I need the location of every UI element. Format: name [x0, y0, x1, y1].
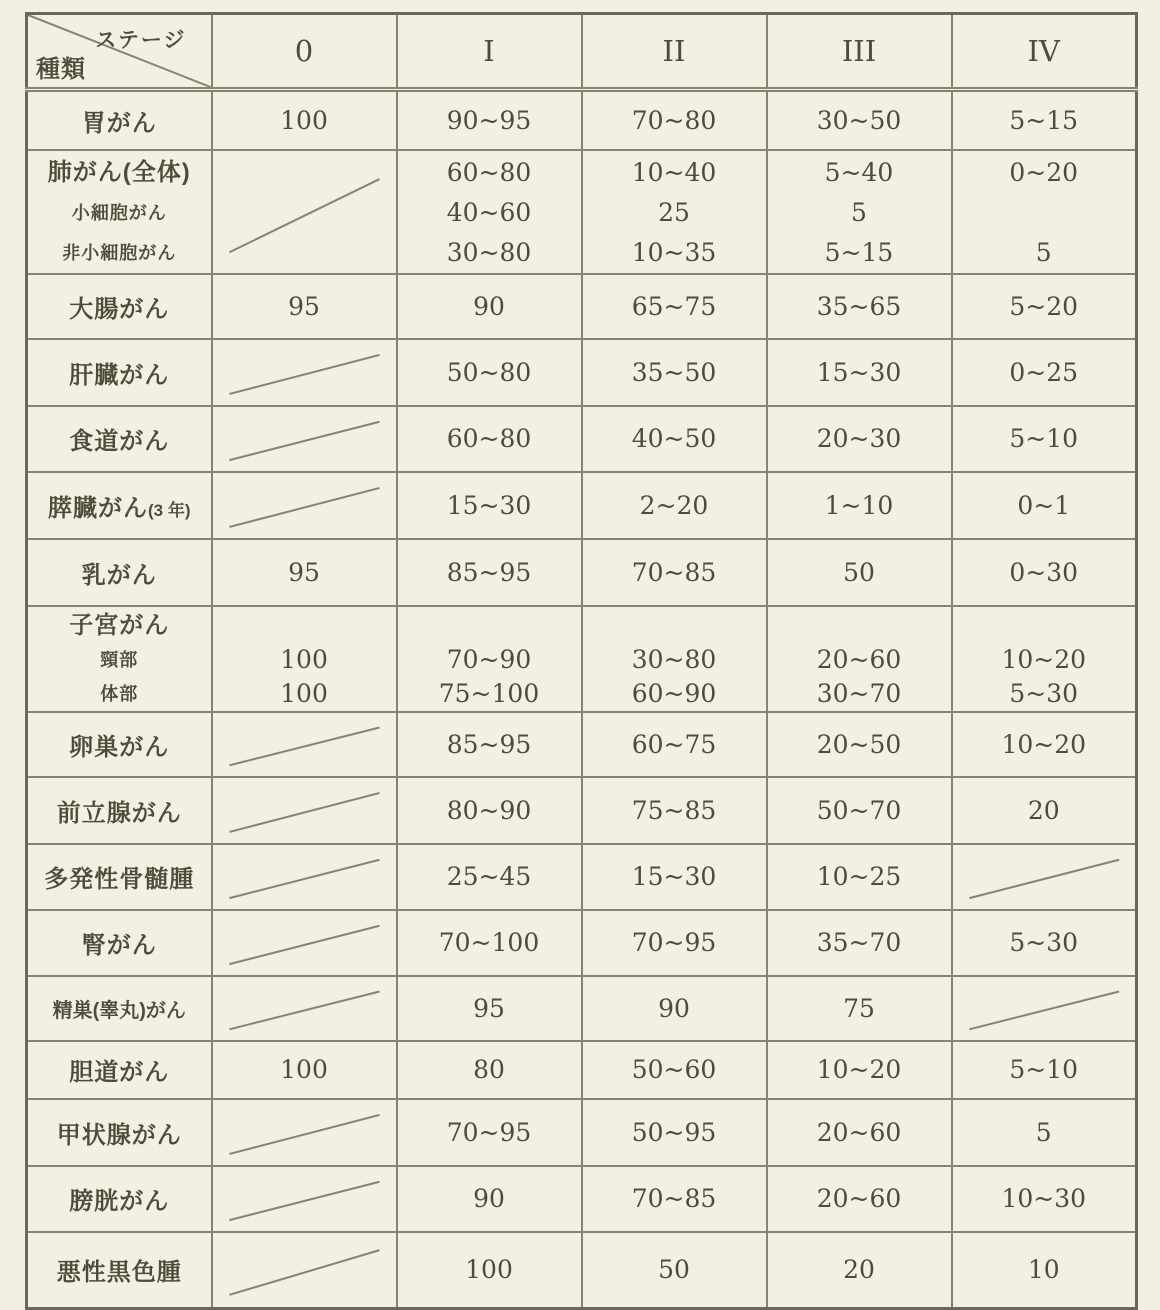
row-label-text: 精巣(睾丸)がん: [53, 1000, 186, 1022]
value-line: [768, 609, 951, 643]
diagonal-slash-icon: [213, 778, 396, 843]
diagonal-slash-icon: [213, 845, 396, 909]
table-row: 子宮がん頸部体部 100100 70~9075~100 30~8060~90 2…: [27, 606, 1137, 712]
value-cell: 5: [952, 1099, 1137, 1166]
value: 35~65: [768, 292, 951, 321]
empty-cell-diagonal: [212, 844, 397, 910]
value: 40~50: [583, 424, 766, 453]
row-label-cell: 大腸がん: [27, 274, 212, 339]
empty-cell-diagonal: [212, 150, 397, 274]
value-cell: 95: [212, 274, 397, 339]
empty-cell-diagonal: [952, 976, 1137, 1041]
value-line: 5: [768, 193, 951, 233]
value: 60~75: [583, 730, 766, 759]
row-label: 膀胱がん: [28, 1181, 211, 1216]
value-line: [213, 609, 396, 643]
value-cell: 90~95: [397, 90, 582, 150]
value: 90: [398, 292, 581, 321]
value-cell: 20~50: [767, 712, 952, 777]
value-cell: 75~85: [582, 777, 767, 844]
value: 5~10: [953, 424, 1136, 453]
corner-header-cell: ステージ 種類: [27, 14, 212, 90]
value-cell: 50~80: [397, 339, 582, 406]
value-line: [953, 609, 1136, 643]
value: 50: [583, 1255, 766, 1284]
stage-header-i: I: [397, 14, 582, 90]
value-cell: 70~9075~100: [397, 606, 582, 712]
row-label: 肺がん(全体): [28, 153, 211, 193]
value-cell: 70~85: [582, 539, 767, 606]
empty-cell-diagonal: [212, 777, 397, 844]
value-line: 25: [583, 193, 766, 233]
row-label-text: 肝臓がん: [69, 362, 169, 389]
row-label-text: 大腸がん: [69, 296, 169, 323]
value-cell: 0~20 5: [952, 150, 1137, 274]
row-label-cell: 膀胱がん: [27, 1166, 212, 1232]
value: 20~60: [768, 1118, 951, 1147]
row-label: 子宮がん: [28, 609, 211, 643]
row-label-text: 胃がん: [82, 110, 157, 137]
value-line: [583, 609, 766, 643]
value: 60~80: [398, 424, 581, 453]
row-label-cell: 腎がん: [27, 910, 212, 976]
table-row: 大腸がん959065~7535~655~20: [27, 274, 1137, 339]
value: 20: [768, 1255, 951, 1284]
stage-header-0: 0: [212, 14, 397, 90]
value-cell: 65~75: [582, 274, 767, 339]
value-cell: 90: [397, 1166, 582, 1232]
row-label-text: 甲状腺がん: [57, 1122, 182, 1149]
row-label-text: 食道がん: [69, 428, 169, 455]
value-cell: 10~20: [767, 1041, 952, 1099]
value-cell: 80~90: [397, 777, 582, 844]
value-line: 5~15: [768, 233, 951, 273]
value-line: 70~90: [398, 643, 581, 677]
value-cell: 15~30: [767, 339, 952, 406]
value: 2~20: [583, 491, 766, 520]
value-cell: 85~95: [397, 712, 582, 777]
value: 90: [398, 1184, 581, 1213]
value-cell: 60~8040~6030~80: [397, 150, 582, 274]
row-label-text: 前立腺がん: [57, 800, 182, 827]
value-cell: 95: [397, 976, 582, 1041]
value-cell: 100: [212, 90, 397, 150]
value: 50~60: [583, 1055, 766, 1084]
empty-cell-diagonal: [212, 1166, 397, 1232]
row-label-text: 乳がん: [82, 562, 157, 589]
value-cell: 35~50: [582, 339, 767, 406]
value: 80: [398, 1055, 581, 1084]
row-label-suffix: (3 年): [148, 501, 191, 520]
value-line: 30~80: [583, 643, 766, 677]
value-cell: 1~10: [767, 472, 952, 539]
value-cell: 70~100: [397, 910, 582, 976]
value-cell: 5~4055~15: [767, 150, 952, 274]
row-label-cell: 食道がん: [27, 406, 212, 472]
table-row: 悪性黒色腫100502010: [27, 1232, 1137, 1309]
row-sublabel: 非小細胞がん: [28, 233, 211, 273]
row-label-text: 多発性骨髄腫: [44, 866, 194, 893]
row-label: 胃がん: [28, 103, 211, 138]
value-line: 5~40: [768, 153, 951, 193]
value: 70~95: [398, 1118, 581, 1147]
value-cell: 35~70: [767, 910, 952, 976]
value: 35~70: [768, 928, 951, 957]
value-cell: 70~95: [582, 910, 767, 976]
value: 95: [398, 994, 581, 1023]
value: 50: [768, 558, 951, 587]
value: 0~1: [953, 491, 1136, 520]
value-cell: 20~60: [767, 1099, 952, 1166]
empty-cell-diagonal: [212, 712, 397, 777]
table-row: 膀胱がん9070~8520~6010~30: [27, 1166, 1137, 1232]
row-label: 甲状腺がん: [28, 1115, 211, 1150]
value: 5~30: [953, 928, 1136, 957]
value: 10~30: [953, 1184, 1136, 1213]
value-cell: 50: [582, 1232, 767, 1309]
table-row: 卵巣がん85~9560~7520~5010~20: [27, 712, 1137, 777]
value-line: 10~35: [583, 233, 766, 273]
value-line: 10~40: [583, 153, 766, 193]
value: 85~95: [398, 730, 581, 759]
row-label-text: 腎がん: [82, 932, 157, 959]
value-cell: 75: [767, 976, 952, 1041]
row-label-text: 膀胱がん: [69, 1188, 169, 1215]
value-cell: 20~60: [767, 1166, 952, 1232]
value-line: [398, 609, 581, 643]
table-row: 胃がん10090~9570~8030~505~15: [27, 90, 1137, 150]
value-cell: 30~50: [767, 90, 952, 150]
row-label: 肝臓がん: [28, 355, 211, 390]
value: 80~90: [398, 796, 581, 825]
value: 100: [213, 106, 396, 135]
value: 70~80: [583, 106, 766, 135]
value-cell: 0~1: [952, 472, 1137, 539]
value: 95: [213, 558, 396, 587]
table-row: 食道がん60~8040~5020~305~10: [27, 406, 1137, 472]
value-cell: 100100: [212, 606, 397, 712]
row-sublabel: 小細胞がん: [28, 193, 211, 233]
value: 100: [213, 1055, 396, 1084]
value-cell: 70~85: [582, 1166, 767, 1232]
corner-label-stage: ステージ: [95, 24, 186, 54]
empty-cell-diagonal: [952, 844, 1137, 910]
value-cell: 60~80: [397, 406, 582, 472]
value: 20~30: [768, 424, 951, 453]
value: 70~100: [398, 928, 581, 957]
row-label-cell: 子宮がん頸部体部: [27, 606, 212, 712]
table-row: 膵臓がん(3 年)15~302~201~100~1: [27, 472, 1137, 539]
row-label-cell: 悪性黒色腫: [27, 1232, 212, 1309]
empty-cell-diagonal: [212, 339, 397, 406]
value-cell: 10~402510~35: [582, 150, 767, 274]
empty-cell-diagonal: [212, 472, 397, 539]
value-cell: 40~50: [582, 406, 767, 472]
value: 75: [768, 994, 951, 1023]
value: 15~30: [583, 862, 766, 891]
value: 75~85: [583, 796, 766, 825]
value-line: 30~70: [768, 677, 951, 711]
row-label-text: 悪性黒色腫: [57, 1259, 182, 1286]
stage-header-ii: II: [582, 14, 767, 90]
diagonal-slash-icon: [213, 151, 396, 273]
stage-header-iii: III: [767, 14, 952, 90]
value: 5~10: [953, 1055, 1136, 1084]
value-cell: 90: [582, 976, 767, 1041]
value: 1~10: [768, 491, 951, 520]
row-label: 精巣(睾丸)がん: [28, 994, 211, 1023]
value-line: 75~100: [398, 677, 581, 711]
value-line: 100: [213, 677, 396, 711]
table-row: 精巣(睾丸)がん959075: [27, 976, 1137, 1041]
table-row: 胆道がん1008050~6010~205~10: [27, 1041, 1137, 1099]
value: 95: [213, 292, 396, 321]
table-row: 肺がん(全体)小細胞がん非小細胞がん60~8040~6030~8010~4025…: [27, 150, 1137, 274]
value-line: 10~20: [953, 643, 1136, 677]
empty-cell-diagonal: [212, 1099, 397, 1166]
value: 20~60: [768, 1184, 951, 1213]
row-label-cell: 肺がん(全体)小細胞がん非小細胞がん: [27, 150, 212, 274]
value-cell: 100: [397, 1232, 582, 1309]
row-label-cell: 卵巣がん: [27, 712, 212, 777]
value-cell: 35~65: [767, 274, 952, 339]
row-label-cell: 前立腺がん: [27, 777, 212, 844]
row-label: 多発性骨髄腫: [28, 859, 211, 894]
value-cell: 10~205~30: [952, 606, 1137, 712]
diagonal-slash-icon: [953, 977, 1136, 1040]
diagonal-slash-icon: [213, 1167, 396, 1231]
table-row: 腎がん70~10070~9535~705~30: [27, 910, 1137, 976]
row-label: 大腸がん: [28, 289, 211, 324]
row-label: 卵巣がん: [28, 727, 211, 762]
diagonal-slash-icon: [213, 713, 396, 776]
row-label: 乳がん: [28, 555, 211, 590]
value: 90: [583, 994, 766, 1023]
survival-rate-table: ステージ 種類 0IIIIIIIV 胃がん10090~9570~8030~505…: [25, 12, 1138, 1310]
value-cell: 50~60: [582, 1041, 767, 1099]
diagonal-slash-icon: [953, 845, 1136, 909]
value-cell: 50: [767, 539, 952, 606]
value: 70~85: [583, 558, 766, 587]
row-label-cell: 乳がん: [27, 539, 212, 606]
value-cell: 100: [212, 1041, 397, 1099]
value: 10: [953, 1255, 1136, 1284]
table-row: 乳がん9585~9570~85500~30: [27, 539, 1137, 606]
row-label-text: 肺がん(全体): [48, 159, 191, 186]
value-line: 40~60: [398, 193, 581, 233]
table-row: 肝臓がん50~8035~5015~300~25: [27, 339, 1137, 406]
row-label-cell: 精巣(睾丸)がん: [27, 976, 212, 1041]
value-cell: 10~30: [952, 1166, 1137, 1232]
value-line: 60~90: [583, 677, 766, 711]
value-cell: 2~20: [582, 472, 767, 539]
value: 85~95: [398, 558, 581, 587]
value-cell: 70~80: [582, 90, 767, 150]
value-cell: 30~8060~90: [582, 606, 767, 712]
value-cell: 50~70: [767, 777, 952, 844]
empty-cell-diagonal: [212, 910, 397, 976]
value-line: [953, 193, 1136, 233]
row-label-text: 胆道がん: [69, 1059, 169, 1086]
value-cell: 5~30: [952, 910, 1137, 976]
table-row: 前立腺がん80~9075~8550~7020: [27, 777, 1137, 844]
value: 25~45: [398, 862, 581, 891]
value-cell: 10~20: [952, 712, 1137, 777]
value: 5~15: [953, 106, 1136, 135]
value: 5~20: [953, 292, 1136, 321]
value: 50~70: [768, 796, 951, 825]
value-cell: 5~10: [952, 1041, 1137, 1099]
value-cell: 85~95: [397, 539, 582, 606]
row-label-cell: 胃がん: [27, 90, 212, 150]
table-row: 多発性骨髄腫25~4515~3010~25: [27, 844, 1137, 910]
value: 5: [953, 1118, 1136, 1147]
value: 15~30: [398, 491, 581, 520]
value: 20~50: [768, 730, 951, 759]
value-cell: 20~6030~70: [767, 606, 952, 712]
value-line: 20~60: [768, 643, 951, 677]
empty-cell-diagonal: [212, 406, 397, 472]
row-label-text: 子宮がん: [69, 612, 169, 639]
row-label-text: 卵巣がん: [69, 734, 169, 761]
value-cell: 0~25: [952, 339, 1137, 406]
value: 15~30: [768, 358, 951, 387]
row-label: 食道がん: [28, 421, 211, 456]
value-line: 0~20: [953, 153, 1136, 193]
table-row: 甲状腺がん70~9550~9520~605: [27, 1099, 1137, 1166]
row-label: 前立腺がん: [28, 793, 211, 828]
value: 10~20: [953, 730, 1136, 759]
value: 90~95: [398, 106, 581, 135]
value: 0~30: [953, 558, 1136, 587]
corner-label-type: 種類: [36, 49, 86, 84]
value: 30~50: [768, 106, 951, 135]
diagonal-slash-icon: [213, 340, 396, 405]
row-label-cell: 多発性骨髄腫: [27, 844, 212, 910]
value-cell: 0~30: [952, 539, 1137, 606]
value-cell: 5~15: [952, 90, 1137, 150]
value-line: 60~80: [398, 153, 581, 193]
value-line: 30~80: [398, 233, 581, 273]
row-label-cell: 肝臓がん: [27, 339, 212, 406]
empty-cell-diagonal: [212, 976, 397, 1041]
value-cell: 90: [397, 274, 582, 339]
value-line: 5~30: [953, 677, 1136, 711]
value-cell: 20~30: [767, 406, 952, 472]
value-cell: 15~30: [397, 472, 582, 539]
value: 100: [398, 1255, 581, 1284]
value-cell: 10: [952, 1232, 1137, 1309]
diagonal-slash-icon: [213, 977, 396, 1040]
row-label-cell: 胆道がん: [27, 1041, 212, 1099]
value-cell: 20: [767, 1232, 952, 1309]
row-sublabel: 体部: [28, 677, 211, 711]
row-label: 悪性黒色腫: [28, 1252, 211, 1287]
diagonal-slash-icon: [213, 911, 396, 975]
row-label-cell: 甲状腺がん: [27, 1099, 212, 1166]
value-cell: 50~95: [582, 1099, 767, 1166]
header-row: ステージ 種類 0IIIIIIIV: [27, 14, 1137, 90]
value-cell: 60~75: [582, 712, 767, 777]
value-cell: 5~10: [952, 406, 1137, 472]
diagonal-slash-icon: [213, 1100, 396, 1165]
row-label-text: 膵臓がん: [48, 495, 148, 522]
value-cell: 25~45: [397, 844, 582, 910]
value-cell: 80: [397, 1041, 582, 1099]
value: 50~80: [398, 358, 581, 387]
row-label: 胆道がん: [28, 1052, 211, 1087]
empty-cell-diagonal: [212, 1232, 397, 1309]
value: 70~85: [583, 1184, 766, 1213]
value-cell: 10~25: [767, 844, 952, 910]
value-line: 100: [213, 643, 396, 677]
value-cell: 5~20: [952, 274, 1137, 339]
diagonal-slash-icon: [213, 1233, 396, 1308]
value: 65~75: [583, 292, 766, 321]
value-cell: 20: [952, 777, 1137, 844]
row-sublabel: 頸部: [28, 643, 211, 677]
value: 0~25: [953, 358, 1136, 387]
value-cell: 15~30: [582, 844, 767, 910]
value: 70~95: [583, 928, 766, 957]
value-line: 5: [953, 233, 1136, 273]
diagonal-slash-icon: [213, 473, 396, 538]
row-label: 膵臓がん(3 年): [28, 488, 211, 523]
value: 10~20: [768, 1055, 951, 1084]
row-label: 腎がん: [28, 925, 211, 960]
stage-header-iv: IV: [952, 14, 1137, 90]
value-cell: 95: [212, 539, 397, 606]
value: 20: [953, 796, 1136, 825]
value-cell: 70~95: [397, 1099, 582, 1166]
value: 35~50: [583, 358, 766, 387]
value: 50~95: [583, 1118, 766, 1147]
diagonal-slash-icon: [213, 407, 396, 471]
value: 10~25: [768, 862, 951, 891]
row-label-cell: 膵臓がん(3 年): [27, 472, 212, 539]
